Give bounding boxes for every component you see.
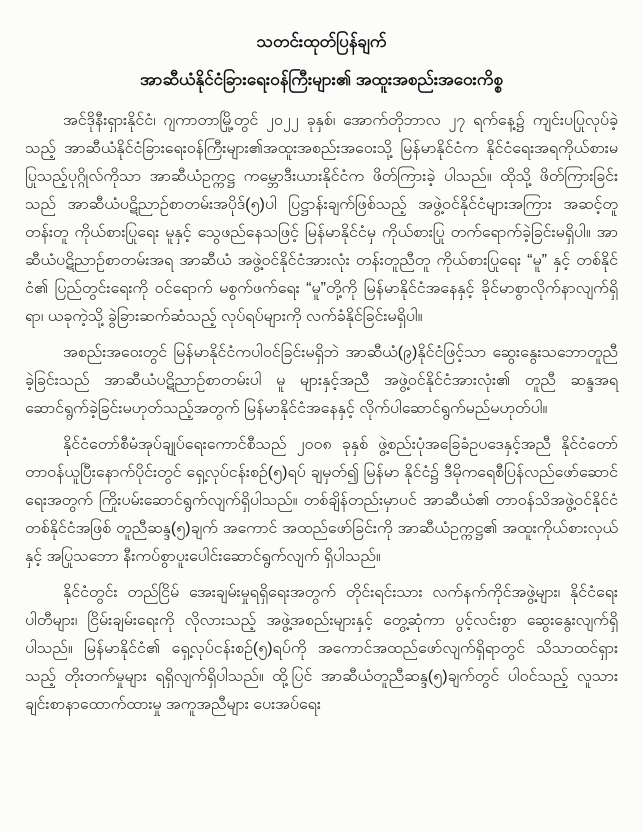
paragraph-meeting-position: အစည်းအဝေးတွင် မြန်မာနိုင်ငံကပါဝင်ခြင်းမရ… bbox=[25, 339, 618, 423]
document-subtitle: အာဆီယံနိုင်ငံခြားရေးဝန်ကြီးများ၏ အထူးအစည… bbox=[25, 67, 618, 93]
paragraph-domestic-peace: နိုင်ငံတွင်း တည်ငြိမ် အေးချမ်းမှုရရှိရေး… bbox=[25, 579, 618, 719]
document-page: သတင်းထုတ်ပြန်ချက် အာဆီယံနိုင်ငံခြားရေးဝန… bbox=[0, 0, 643, 832]
paragraph-invitation-statement: အင်ဒိုနီးရှားနိုင်ငံ၊ ဂျကာတာမြို့တွင် ၂၀… bbox=[25, 107, 618, 331]
document-title: သတင်းထုတ်ပြန်ချက် bbox=[25, 30, 618, 54]
paragraph-sac-roadmap: နိုင်ငံတော်စီမံအုပ်ချုပ်ရေးကောင်စီသည် ၂၀… bbox=[25, 431, 618, 571]
